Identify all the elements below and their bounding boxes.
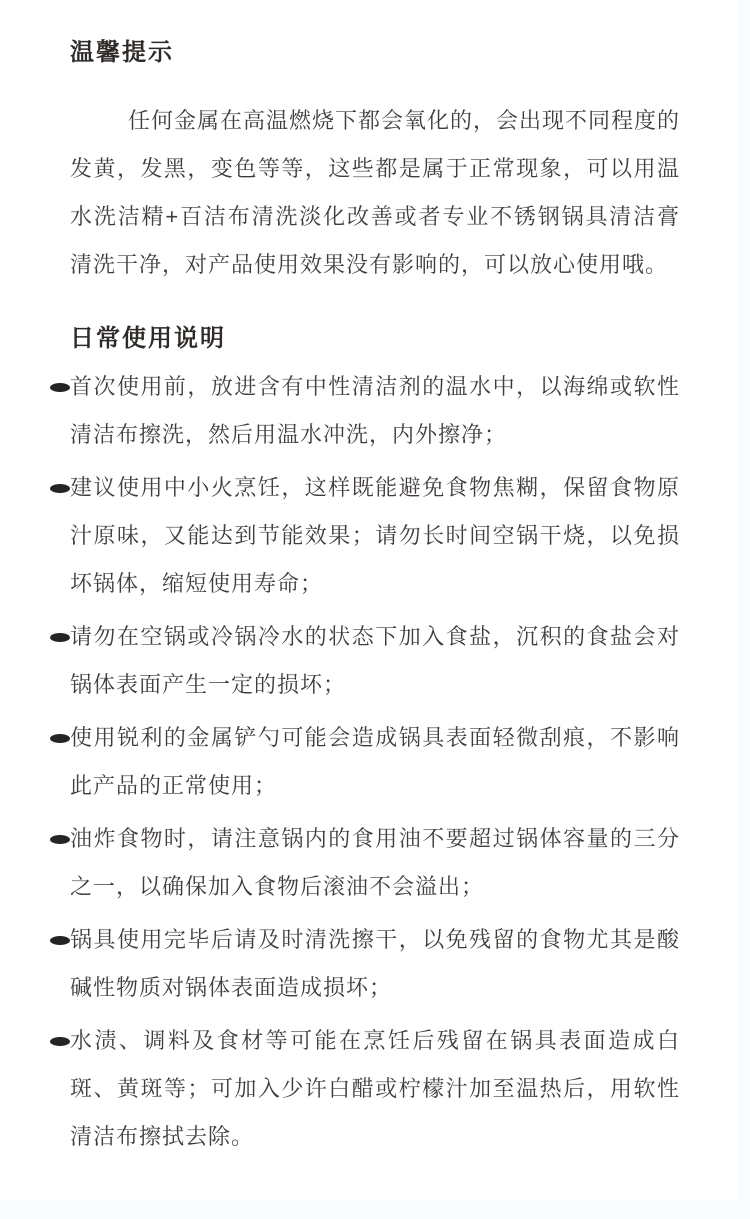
list-item: 锅具使用完毕后请及时清洗擦干，以免残留的食物尤其是酸碱性物质对锅体表面造成损坏； [50,916,680,1012]
tips-paragraph: 任何金属在高温燃烧下都会氧化的，会出现不同程度的发黄，发黑，变色等等，这些都是属… [70,97,680,289]
list-item-text: 油炸食物时，请注意锅内的食用油不要超过锅体容量的三分之一，以确保加入食物后滚油不… [70,815,680,911]
bullet-dot-icon [50,835,70,844]
bullet-dot-icon [50,1037,70,1046]
list-item-text: 锅具使用完毕后请及时清洗擦干，以免残留的食物尤其是酸碱性物质对锅体表面造成损坏； [70,916,680,1012]
instruction-card: 温馨提示 任何金属在高温燃烧下都会氧化的，会出现不同程度的发黄，发黑，变色等等，… [0,0,737,1200]
list-item: 水渍、调料及食材等可能在烹饪后残留在锅具表面造成白斑、黄斑等；可加入少许白醋或柠… [50,1017,680,1161]
list-item: 油炸食物时，请注意锅内的食用油不要超过锅体容量的三分之一，以确保加入食物后滚油不… [50,815,680,911]
list-item: 首次使用前，放进含有中性清洁剂的温水中，以海绵或软性清洁布擦洗，然后用温水冲洗，… [50,363,680,459]
list-item: 建议使用中小火烹饪，这样既能避免食物焦糊，保留食物原汁原味，又能达到节能效果；请… [50,464,680,608]
list-item-text: 请勿在空锅或冷锅冷水的状态下加入食盐，沉积的食盐会对锅体表面产生一定的损坏； [70,613,680,709]
tips-heading: 温馨提示 [70,38,680,68]
bullet-dot-icon [50,734,70,743]
bullet-dot-icon [50,484,70,493]
bullet-dot-icon [50,633,70,642]
bullet-dot-icon [50,383,70,392]
list-item-text: 水渍、调料及食材等可能在烹饪后残留在锅具表面造成白斑、黄斑等；可加入少许白醋或柠… [70,1017,680,1161]
list-item-text: 建议使用中小火烹饪，这样既能避免食物焦糊，保留食物原汁原味，又能达到节能效果；请… [70,464,680,608]
list-item: 使用锐利的金属铲勺可能会造成锅具表面轻微刮痕，不影响此产品的正常使用； [50,714,680,810]
usage-heading: 日常使用说明 [70,324,680,354]
list-item: 请勿在空锅或冷锅冷水的状态下加入食盐，沉积的食盐会对锅体表面产生一定的损坏； [50,613,680,709]
instruction-content: 温馨提示 任何金属在高温燃烧下都会氧化的，会出现不同程度的发黄，发黑，变色等等，… [0,0,737,1161]
usage-list: 首次使用前，放进含有中性清洁剂的温水中，以海绵或软性清洁布擦洗，然后用温水冲洗，… [50,363,680,1161]
product-description-page: 温馨提示 任何金属在高温燃烧下都会氧化的，会出现不同程度的发黄，发黑，变色等等，… [0,0,750,1219]
bullet-dot-icon [50,936,70,945]
list-item-text: 使用锐利的金属铲勺可能会造成锅具表面轻微刮痕，不影响此产品的正常使用； [70,714,680,810]
list-item-text: 首次使用前，放进含有中性清洁剂的温水中，以海绵或软性清洁布擦洗，然后用温水冲洗，… [70,363,680,459]
